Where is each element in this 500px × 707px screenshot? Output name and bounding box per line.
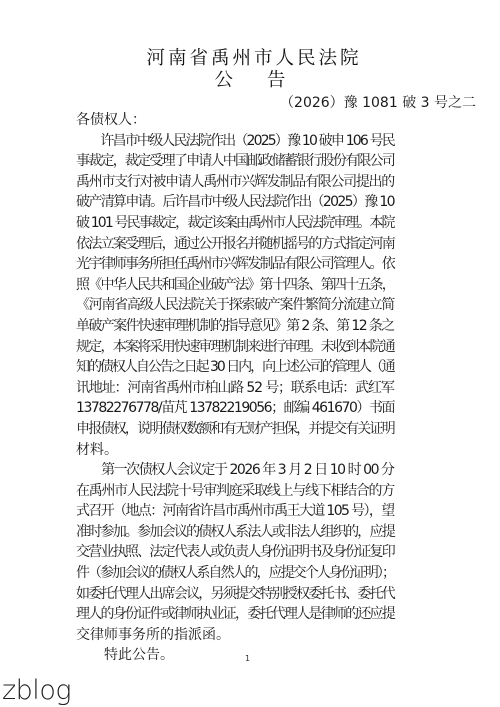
text-line: 破 101 号民事裁定，裁定该案由禹州市人民法院审理。本院	[76, 213, 394, 234]
notice-body: 各债权人： 许昌市中级人民法院作出（2025）豫 10 破申 106 号民 事裁…	[76, 110, 394, 666]
text-line: 光宇律师事务所担任禹州市兴辉发制品有限公司管理人。依	[76, 254, 394, 275]
text-line: 照《中华人民共和国企业破产法》第十四条、第四十五条，	[76, 275, 394, 296]
text-line: 交律师事务所的指派函。	[76, 625, 394, 646]
closing-statement: 特此公告。	[76, 645, 394, 666]
salutation: 各债权人：	[76, 110, 394, 131]
text-line: 材料。	[76, 440, 394, 461]
text-line: 单破产案件快速审理机制的指导意见》第 2 条、第 12 条之	[76, 316, 394, 337]
text-line: 《河南省高级人民法院关于探索破产案件繁简分流建立简	[76, 295, 394, 316]
text-line: 13782276778/苗芃 13782219056；邮编 461670）书面	[76, 398, 394, 419]
page-number: 1	[245, 654, 250, 663]
paragraph-creditor-filing: 许昌市中级人民法院作出（2025）豫 10 破申 106 号民 事裁定，裁定受理…	[76, 131, 394, 461]
text-line: 事裁定，裁定受理了申请人中国邮政储蓄银行股份有限公司	[76, 151, 394, 172]
text-line: 禹州市支行对被申请人禹州市兴辉发制品有限公司提出的	[76, 172, 394, 193]
watermark-logo: zblog	[2, 675, 71, 706]
case-number: （2026）豫 1081 破 3 号之二	[280, 92, 476, 112]
text-line: 许昌市中级人民法院作出（2025）豫 10 破申 106 号民	[76, 131, 394, 152]
text-line: 规定，本案将采用快速审理机制来进行审理。未收到本院通	[76, 337, 394, 358]
text-line: 在禹州市人民法院十号审判庭采取线上与线下相结合的方	[76, 481, 394, 502]
text-line: 讯地址：河南省禹州市柏山路 52 号；联系电话：武红军	[76, 378, 394, 399]
text-line: 申报债权，说明债权数额和有无财产担保，并提交有关证明	[76, 419, 394, 440]
text-line: 知的债权人自公告之日起 30 日内，向上述公司的管理人（通	[76, 357, 394, 378]
text-line: 准时参加。参加会议的债权人系法人或非法人组织的，应提	[76, 522, 394, 543]
text-line: 件（参加会议的债权人系自然人的，应提交个人身份证明）；	[76, 563, 394, 584]
text-line: 式召开（地点：河南省许昌市禹州市禹王大道 105 号），望	[76, 501, 394, 522]
text-line: 依法立案受理后，通过公开报名并随机摇号的方式指定河南	[76, 234, 394, 255]
paragraph-creditor-meeting: 第一次债权人会议定于 2026 年 3 月 2 日 10 时 00 分 在禹州市…	[76, 460, 394, 645]
notice-heading: 公 告	[0, 66, 500, 92]
text-line: 理人的身份证件或律师执业证，委托代理人是律师的还应提	[76, 604, 394, 625]
text-line: 交营业执照、法定代表人或负责人身份证明书及身份证复印	[76, 542, 394, 563]
text-line: 如委托代理人出席会议，另须提交特别授权委托书、委托代	[76, 584, 394, 605]
text-line: 破产清算申请。后许昌市中级人民法院作出（2025）豫 10	[76, 192, 394, 213]
text-line: 第一次债权人会议定于 2026 年 3 月 2 日 10 时 00 分	[76, 460, 394, 481]
